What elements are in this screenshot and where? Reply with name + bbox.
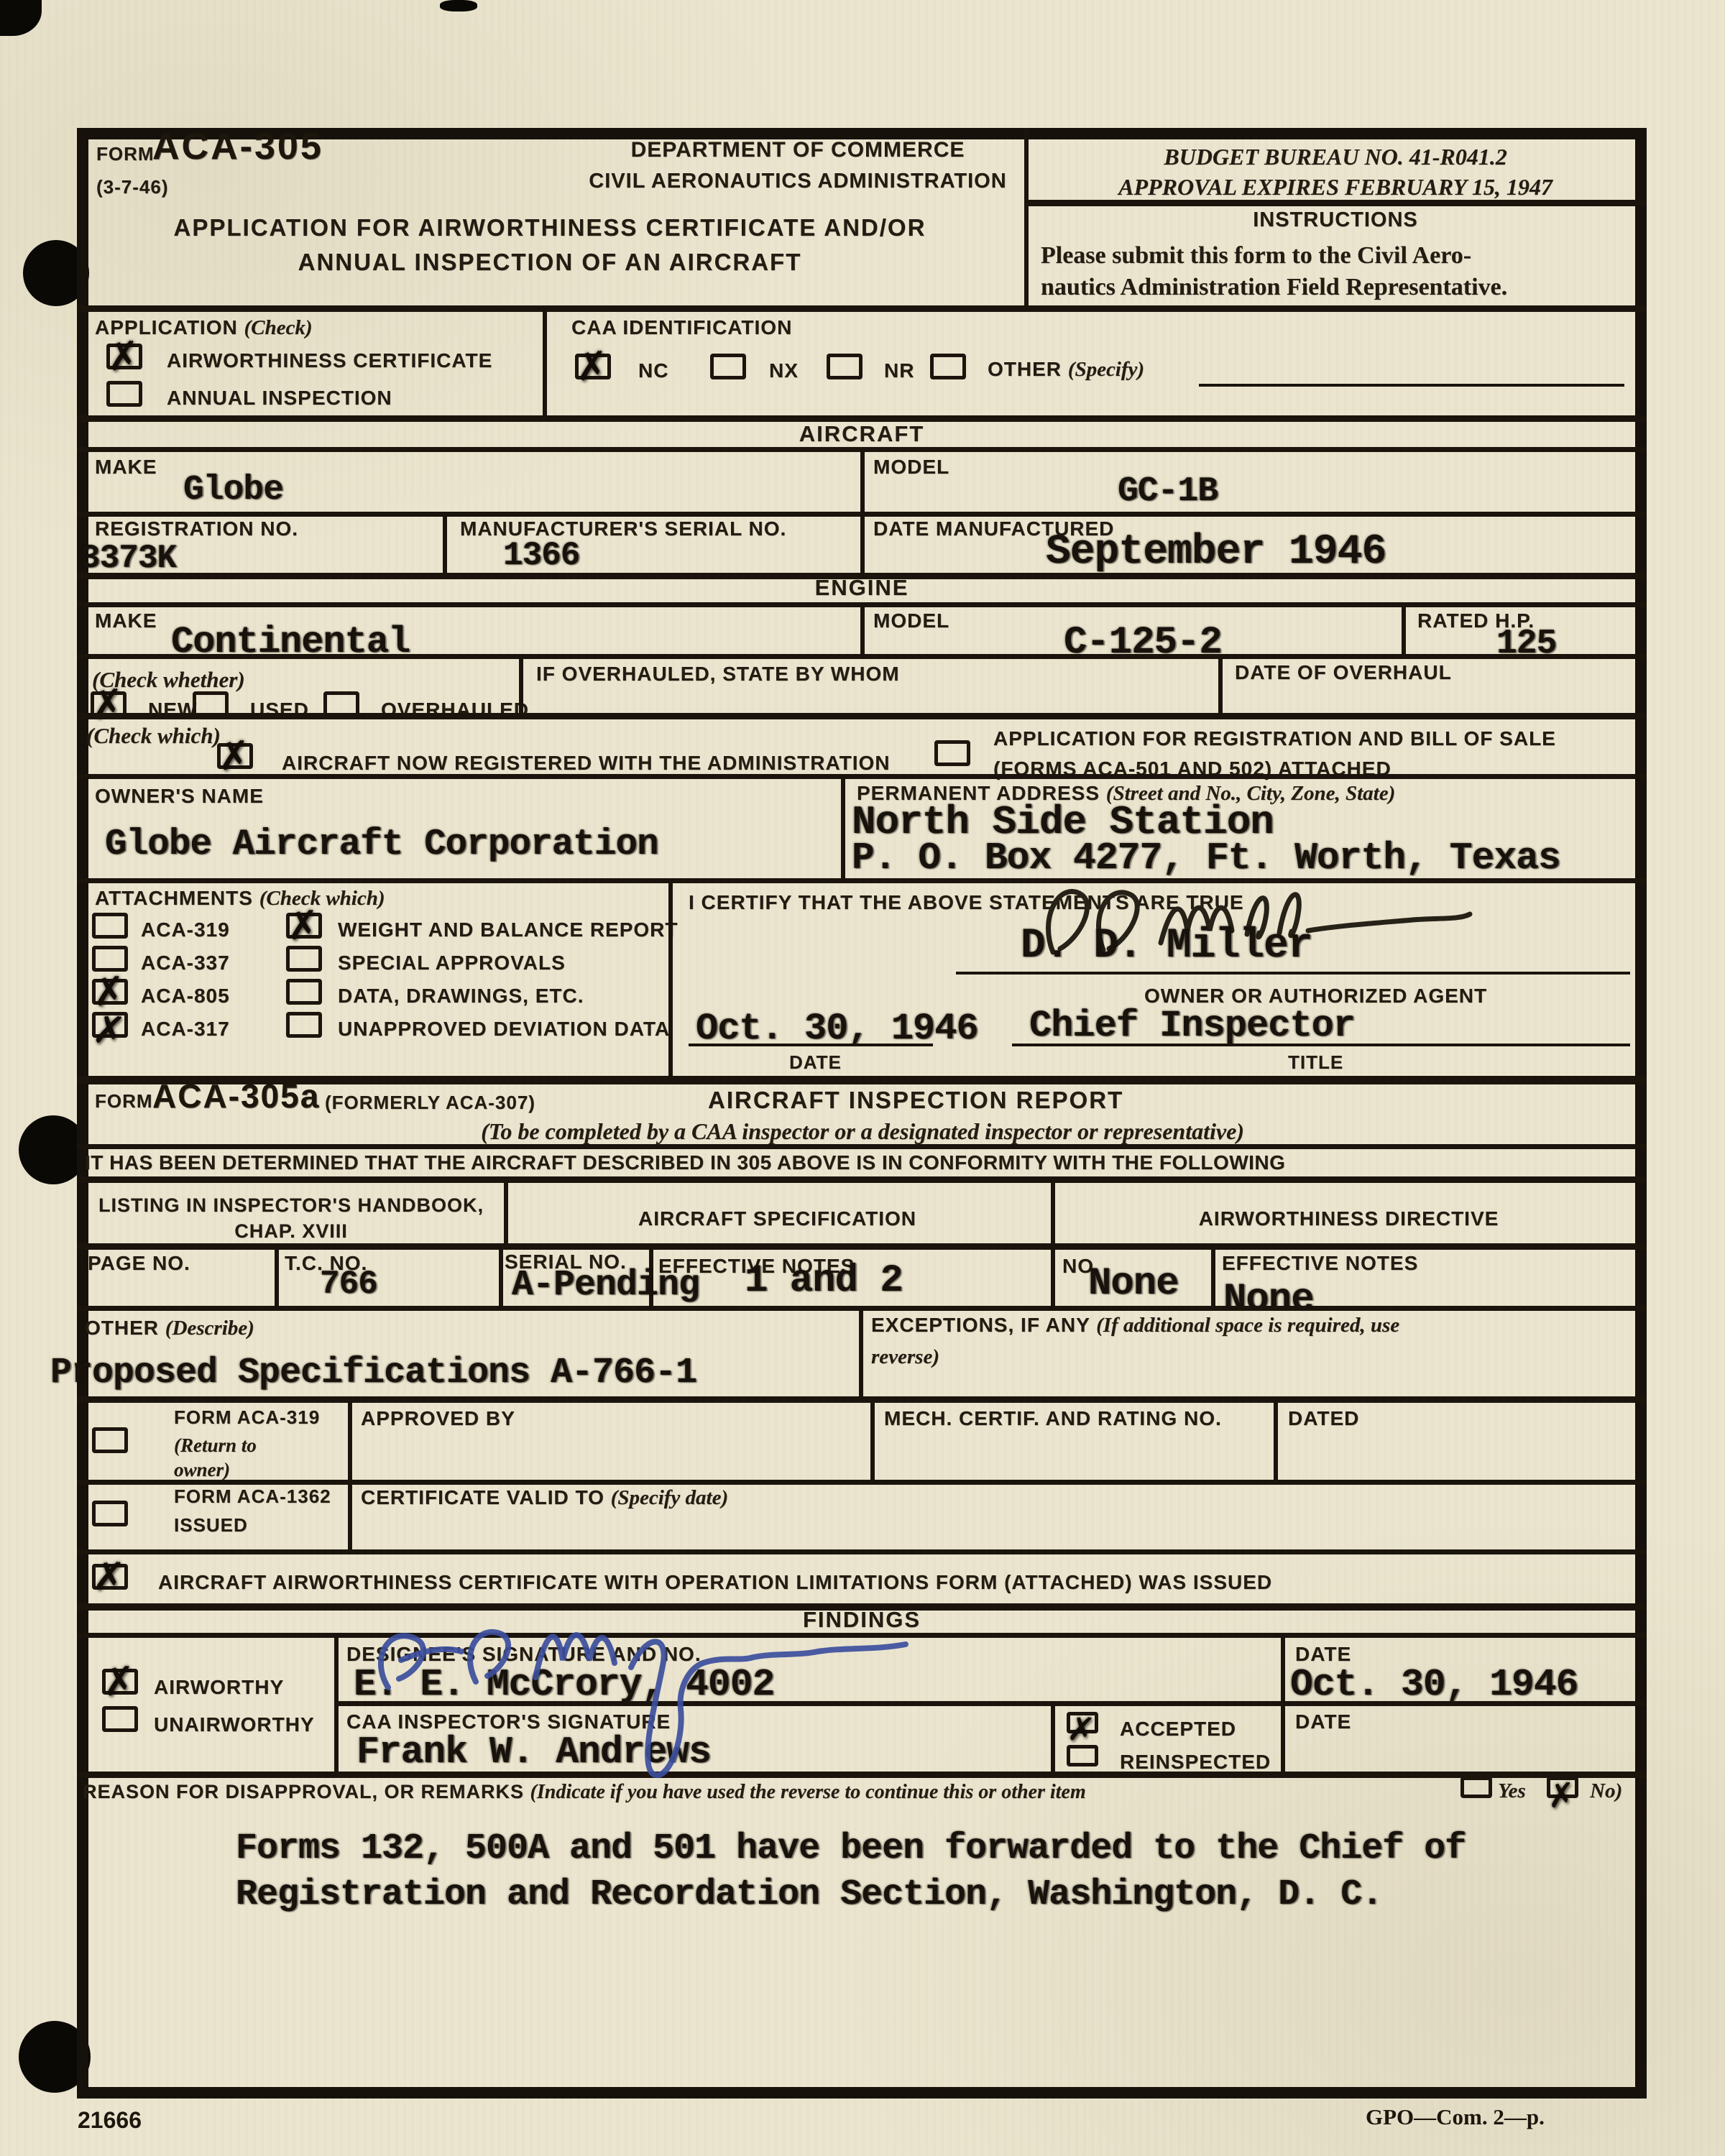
- findings-date2-label: DATE: [1295, 1710, 1351, 1733]
- instructions-text-line2: nautics Administration Field Representat…: [1041, 272, 1507, 303]
- divider: [77, 1144, 1647, 1149]
- certification-date-value: Oct. 30, 1946: [696, 1010, 978, 1048]
- determination-statement: IT HAS BEEN DETERMINED THAT THE AIRCRAFT…: [85, 1151, 1285, 1174]
- airworthiness-certificate-label: AIRWORTHINESS CERTIFICATE: [167, 349, 492, 372]
- other-describe-note: (Describe): [165, 1317, 254, 1340]
- checkbox-certificate-issued[interactable]: ✗: [92, 1564, 128, 1590]
- accepted-label: ACCEPTED: [1120, 1718, 1236, 1741]
- checkbox-unapproved-deviation[interactable]: [286, 1012, 322, 1038]
- checkbox-nr[interactable]: [827, 354, 862, 379]
- certificate-issued-statement: AIRCRAFT AIRWORTHINESS CERTIFICATE WITH …: [158, 1571, 1272, 1594]
- page-no-label: PAGE NO.: [88, 1252, 190, 1275]
- remarks-text-line1: Forms 132, 500A and 501 have been forwar…: [236, 1831, 1466, 1867]
- other-describe-label-text: OTHER: [85, 1317, 165, 1339]
- administration-name: CIVIL AERONAUTICS ADMINISTRATION: [546, 170, 1049, 193]
- annual-inspection-label: ANNUAL INSPECTION: [167, 387, 392, 410]
- checkbox-airworthy[interactable]: ✗: [102, 1669, 138, 1695]
- divider: [348, 1480, 352, 1549]
- signature-ee-mccrory: [359, 1601, 963, 1795]
- divider: [275, 1243, 279, 1306]
- col-handbook-line2: CHAP. XVIII: [80, 1220, 502, 1243]
- checkbox-reverse-no[interactable]: ✗: [1547, 1777, 1578, 1798]
- checkbox-unairworthy[interactable]: [102, 1706, 138, 1732]
- col-airworthiness-directive: AIRWORTHINESS DIRECTIVE: [1051, 1207, 1647, 1230]
- weight-balance-label: WEIGHT AND BALANCE REPORT: [338, 918, 678, 941]
- checkbox-aca-805[interactable]: ✗: [92, 979, 128, 1005]
- divider: [77, 713, 1647, 719]
- divider: [519, 654, 523, 713]
- exceptions-note-line2: reverse): [871, 1345, 939, 1369]
- divider: [860, 602, 865, 654]
- form-aca-1362-issued-label: ISSUED: [174, 1515, 248, 1537]
- tc-no-value: 766: [320, 1268, 377, 1301]
- effective-notes-value: 1 and 2: [745, 1262, 903, 1301]
- owners-name-value: Globe Aircraft Corporation: [105, 826, 658, 863]
- reinspected-label: REINSPECTED: [1120, 1751, 1271, 1774]
- title-line[interactable]: [1012, 1044, 1630, 1046]
- divider: [543, 305, 547, 415]
- scan-smudge: [0, 0, 42, 36]
- checkbox-special-approvals[interactable]: [286, 946, 322, 972]
- unairworthy-label: UNAIRWORTHY: [154, 1713, 315, 1736]
- checkbox-aca-319[interactable]: [92, 913, 128, 939]
- other-label-text: OTHER: [988, 358, 1068, 380]
- nr-label: NR: [884, 359, 914, 382]
- nx-label: NX: [769, 359, 799, 382]
- divider: [77, 1176, 1647, 1183]
- divider: [348, 1396, 352, 1480]
- divider: [443, 512, 447, 573]
- checkbox-nc[interactable]: ✗: [575, 354, 611, 379]
- inspection-report-subtitle: (To be completed by a CAA inspector or a…: [216, 1118, 1509, 1145]
- signer-name-value: D. D. Miller: [1021, 926, 1312, 967]
- return-to-owner-note-line1: (Return to: [174, 1434, 257, 1457]
- aca-319-label: ACA-319: [141, 918, 230, 941]
- serial-no-value: 1366: [503, 539, 579, 572]
- form-revision: (3-7-46): [96, 177, 168, 198]
- exceptions-note-line1: (If additional space is required, use: [1096, 1314, 1399, 1337]
- overhauled-by-whom-label: IF OVERHAULED, STATE BY WHOM: [536, 663, 900, 686]
- divider: [841, 774, 845, 878]
- checkbox-aca-317[interactable]: ✗: [92, 1012, 128, 1038]
- other-specify-note: (Specify): [1068, 358, 1144, 381]
- date-manufactured-value: September 1946: [1046, 532, 1386, 573]
- divider: [1051, 1176, 1055, 1243]
- divider: [1402, 602, 1406, 654]
- exceptions-label-text: EXCEPTIONS, IF ANY: [871, 1314, 1096, 1336]
- ad-effective-notes-label: EFFECTIVE NOTES: [1222, 1252, 1418, 1275]
- aca-317-label: ACA-317: [141, 1018, 230, 1041]
- date-of-overhaul-label: DATE OF OVERHAUL: [1235, 661, 1452, 684]
- certificate-valid-label-text: CERTIFICATE VALID TO: [361, 1486, 611, 1508]
- aircraft-make-value: Globe: [183, 473, 283, 507]
- yes-label: Yes: [1498, 1779, 1526, 1803]
- checkbox-reverse-yes[interactable]: [1460, 1777, 1492, 1798]
- attachments-label-text: ATTACHMENTS: [95, 887, 259, 909]
- checkbox-airworthiness-certificate[interactable]: ✗: [106, 344, 142, 369]
- form-title-line1: APPLICATION FOR AIRWORTHINESS CERTIFICAT…: [108, 214, 992, 241]
- instructions-title: INSTRUCTIONS: [1024, 208, 1647, 232]
- aircraft-model-value: GC-1B: [1118, 474, 1218, 509]
- certification-date-label: DATE: [789, 1052, 842, 1074]
- instructions-text-line1: Please submit this form to the Civil Aer…: [1041, 240, 1471, 272]
- divider: [77, 1076, 1647, 1084]
- application-label-note: (Check): [244, 316, 312, 339]
- airworthy-label: AIRWORTHY: [154, 1676, 284, 1699]
- formerly-note: (FORMERLY ACA-307): [325, 1092, 535, 1114]
- aircraft-registered-label: AIRCRAFT NOW REGISTERED WITH THE ADMINIS…: [282, 752, 891, 775]
- checkbox-weight-balance[interactable]: ✗: [286, 913, 322, 939]
- divider: [860, 512, 865, 573]
- owners-name-label: OWNER'S NAME: [95, 785, 264, 808]
- no-label: No): [1590, 1779, 1622, 1803]
- divider: [77, 654, 1647, 659]
- caa-identification-label: CAA IDENTIFICATION: [571, 316, 792, 339]
- checkbox-nx[interactable]: [710, 354, 746, 379]
- divider: [859, 1306, 863, 1396]
- registration-no-label: REGISTRATION NO.: [95, 517, 298, 540]
- checkbox-reinspected[interactable]: [1067, 1745, 1098, 1766]
- check-x-mark: ✗: [574, 346, 609, 387]
- divider: [77, 1480, 1647, 1485]
- engine-make-label: MAKE: [95, 609, 157, 632]
- nc-label: NC: [638, 359, 668, 382]
- check-x-mark: ✗: [285, 905, 321, 946]
- certificate-valid-label: CERTIFICATE VALID TO (Specify date): [361, 1486, 728, 1510]
- aircraft-make-label: MAKE: [95, 456, 157, 479]
- divider: [1024, 128, 1029, 305]
- form-number-prefix: FORM: [96, 144, 155, 165]
- checkbox-annual-inspection[interactable]: [106, 381, 142, 407]
- form-title-line2: ANNUAL INSPECTION OF AN AIRCRAFT: [108, 249, 992, 276]
- checkbox-form-aca-1362-issued[interactable]: [92, 1501, 128, 1526]
- special-approvals-label: SPECIAL APPROVALS: [338, 952, 566, 975]
- form-aca-1362-label: FORM ACA-1362: [174, 1486, 331, 1508]
- other-label: OTHER (Specify): [988, 358, 1144, 382]
- aca-805-label: ACA-805: [141, 985, 230, 1008]
- certification-title-value: Chief Inspector: [1029, 1008, 1355, 1045]
- other-specify-line[interactable]: [1199, 384, 1624, 387]
- divider: [504, 1176, 508, 1243]
- divider: [1218, 654, 1223, 713]
- divider: [1051, 1243, 1055, 1306]
- checkbox-accepted[interactable]: ✗: [1067, 1712, 1098, 1733]
- check-x-mark: ✗: [216, 735, 252, 776]
- budget-bureau-no: BUDGET BUREAU NO. 41-R041.2: [1035, 144, 1636, 170]
- check-x-mark: ✗: [1546, 1778, 1576, 1813]
- checkbox-registration-attached[interactable]: [934, 740, 970, 766]
- divider: [870, 1396, 875, 1480]
- other-describe-value: Proposed Specifications A-766-1: [50, 1355, 696, 1391]
- findings-date-value: Oct. 30, 1946: [1290, 1666, 1578, 1704]
- certification-title-label: TITLE: [1288, 1052, 1343, 1074]
- checkbox-other[interactable]: [930, 354, 966, 379]
- check-x-mark: ✗: [1066, 1711, 1096, 1746]
- divider: [1051, 1701, 1055, 1772]
- gpo-imprint: GPO—Com. 2—p.: [1366, 2106, 1545, 2128]
- print-code: 21666: [78, 2109, 142, 2132]
- approved-by-label: APPROVED BY: [361, 1407, 515, 1430]
- divider: [499, 1243, 503, 1306]
- other-describe-label: OTHER (Describe): [85, 1317, 254, 1340]
- divider: [77, 305, 1647, 312]
- form-number: ACA-305: [152, 128, 323, 165]
- divider: [77, 1243, 1647, 1250]
- aca-337-label: ACA-337: [141, 952, 230, 975]
- checkbox-form-aca-319-return[interactable]: [92, 1427, 128, 1453]
- department-name: DEPARTMENT OF COMMERCE: [546, 138, 1049, 163]
- remarks-text-line2: Registration and Recordation Section, Wa…: [236, 1877, 1382, 1913]
- return-to-owner-note-line2: owner): [174, 1459, 230, 1481]
- data-drawings-label: DATA, DRAWINGS, ETC.: [338, 985, 584, 1008]
- attachments-label: ATTACHMENTS (Check which): [95, 887, 385, 911]
- scan-smudge: [440, 0, 477, 11]
- date-line[interactable]: [689, 1044, 933, 1046]
- checkbox-data-drawings[interactable]: [286, 979, 322, 1005]
- checkbox-aircraft-registered[interactable]: ✗: [217, 743, 253, 769]
- check-x-mark: ✗: [91, 1010, 127, 1051]
- registration-no-value: 3373K: [80, 542, 176, 575]
- serial-no-305a-value: A-Pending: [512, 1268, 699, 1304]
- engine-model-label: MODEL: [873, 609, 949, 632]
- check-which-note: (Check which): [86, 723, 221, 749]
- ad-no-value: None: [1088, 1265, 1179, 1304]
- mech-certif-label: MECH. CERTIF. AND RATING NO.: [884, 1407, 1222, 1430]
- divider: [860, 447, 865, 512]
- divider: [77, 1396, 1647, 1403]
- divider: [77, 878, 1647, 883]
- divider: [77, 415, 1647, 422]
- divider: [77, 1549, 1647, 1554]
- exceptions-label: EXCEPTIONS, IF ANY (If additional space …: [871, 1314, 1399, 1337]
- divider: [1024, 200, 1647, 206]
- divider: [1274, 1396, 1278, 1480]
- divider: [77, 573, 1647, 579]
- check-x-mark: ✗: [106, 336, 141, 377]
- registration-attached-label-line1: APPLICATION FOR REGISTRATION AND BILL OF…: [993, 727, 1556, 750]
- check-x-mark: ✗: [92, 1557, 126, 1597]
- divider: [1281, 1633, 1285, 1772]
- col-aircraft-spec: AIRCRAFT SPECIFICATION: [504, 1207, 1051, 1230]
- certificate-valid-note: (Specify date): [611, 1486, 728, 1509]
- dated-label: DATED: [1288, 1407, 1359, 1430]
- divider: [668, 878, 673, 1076]
- attachments-label-note: (Check which): [259, 887, 385, 910]
- signature-line[interactable]: [956, 972, 1630, 975]
- unapproved-deviation-label: UNAPPROVED DEVIATION DATA: [338, 1018, 670, 1041]
- col-handbook-line1: LISTING IN INSPECTOR'S HANDBOOK,: [80, 1194, 502, 1217]
- divider: [334, 1633, 339, 1772]
- aircraft-section-title: AIRCRAFT: [77, 421, 1647, 447]
- divider: [77, 774, 1647, 779]
- aircraft-model-label: MODEL: [873, 456, 949, 479]
- approval-expires: APPROVAL EXPIRES FEBRUARY 15, 1947: [1035, 174, 1636, 201]
- form-aca-319-label: FORM ACA-319: [174, 1407, 320, 1429]
- check-x-mark: ✗: [101, 1661, 137, 1702]
- form-305a-prefix: FORM: [95, 1091, 153, 1112]
- divider: [1211, 1243, 1215, 1306]
- inspection-report-title: AIRCRAFT INSPECTION REPORT: [708, 1087, 1123, 1114]
